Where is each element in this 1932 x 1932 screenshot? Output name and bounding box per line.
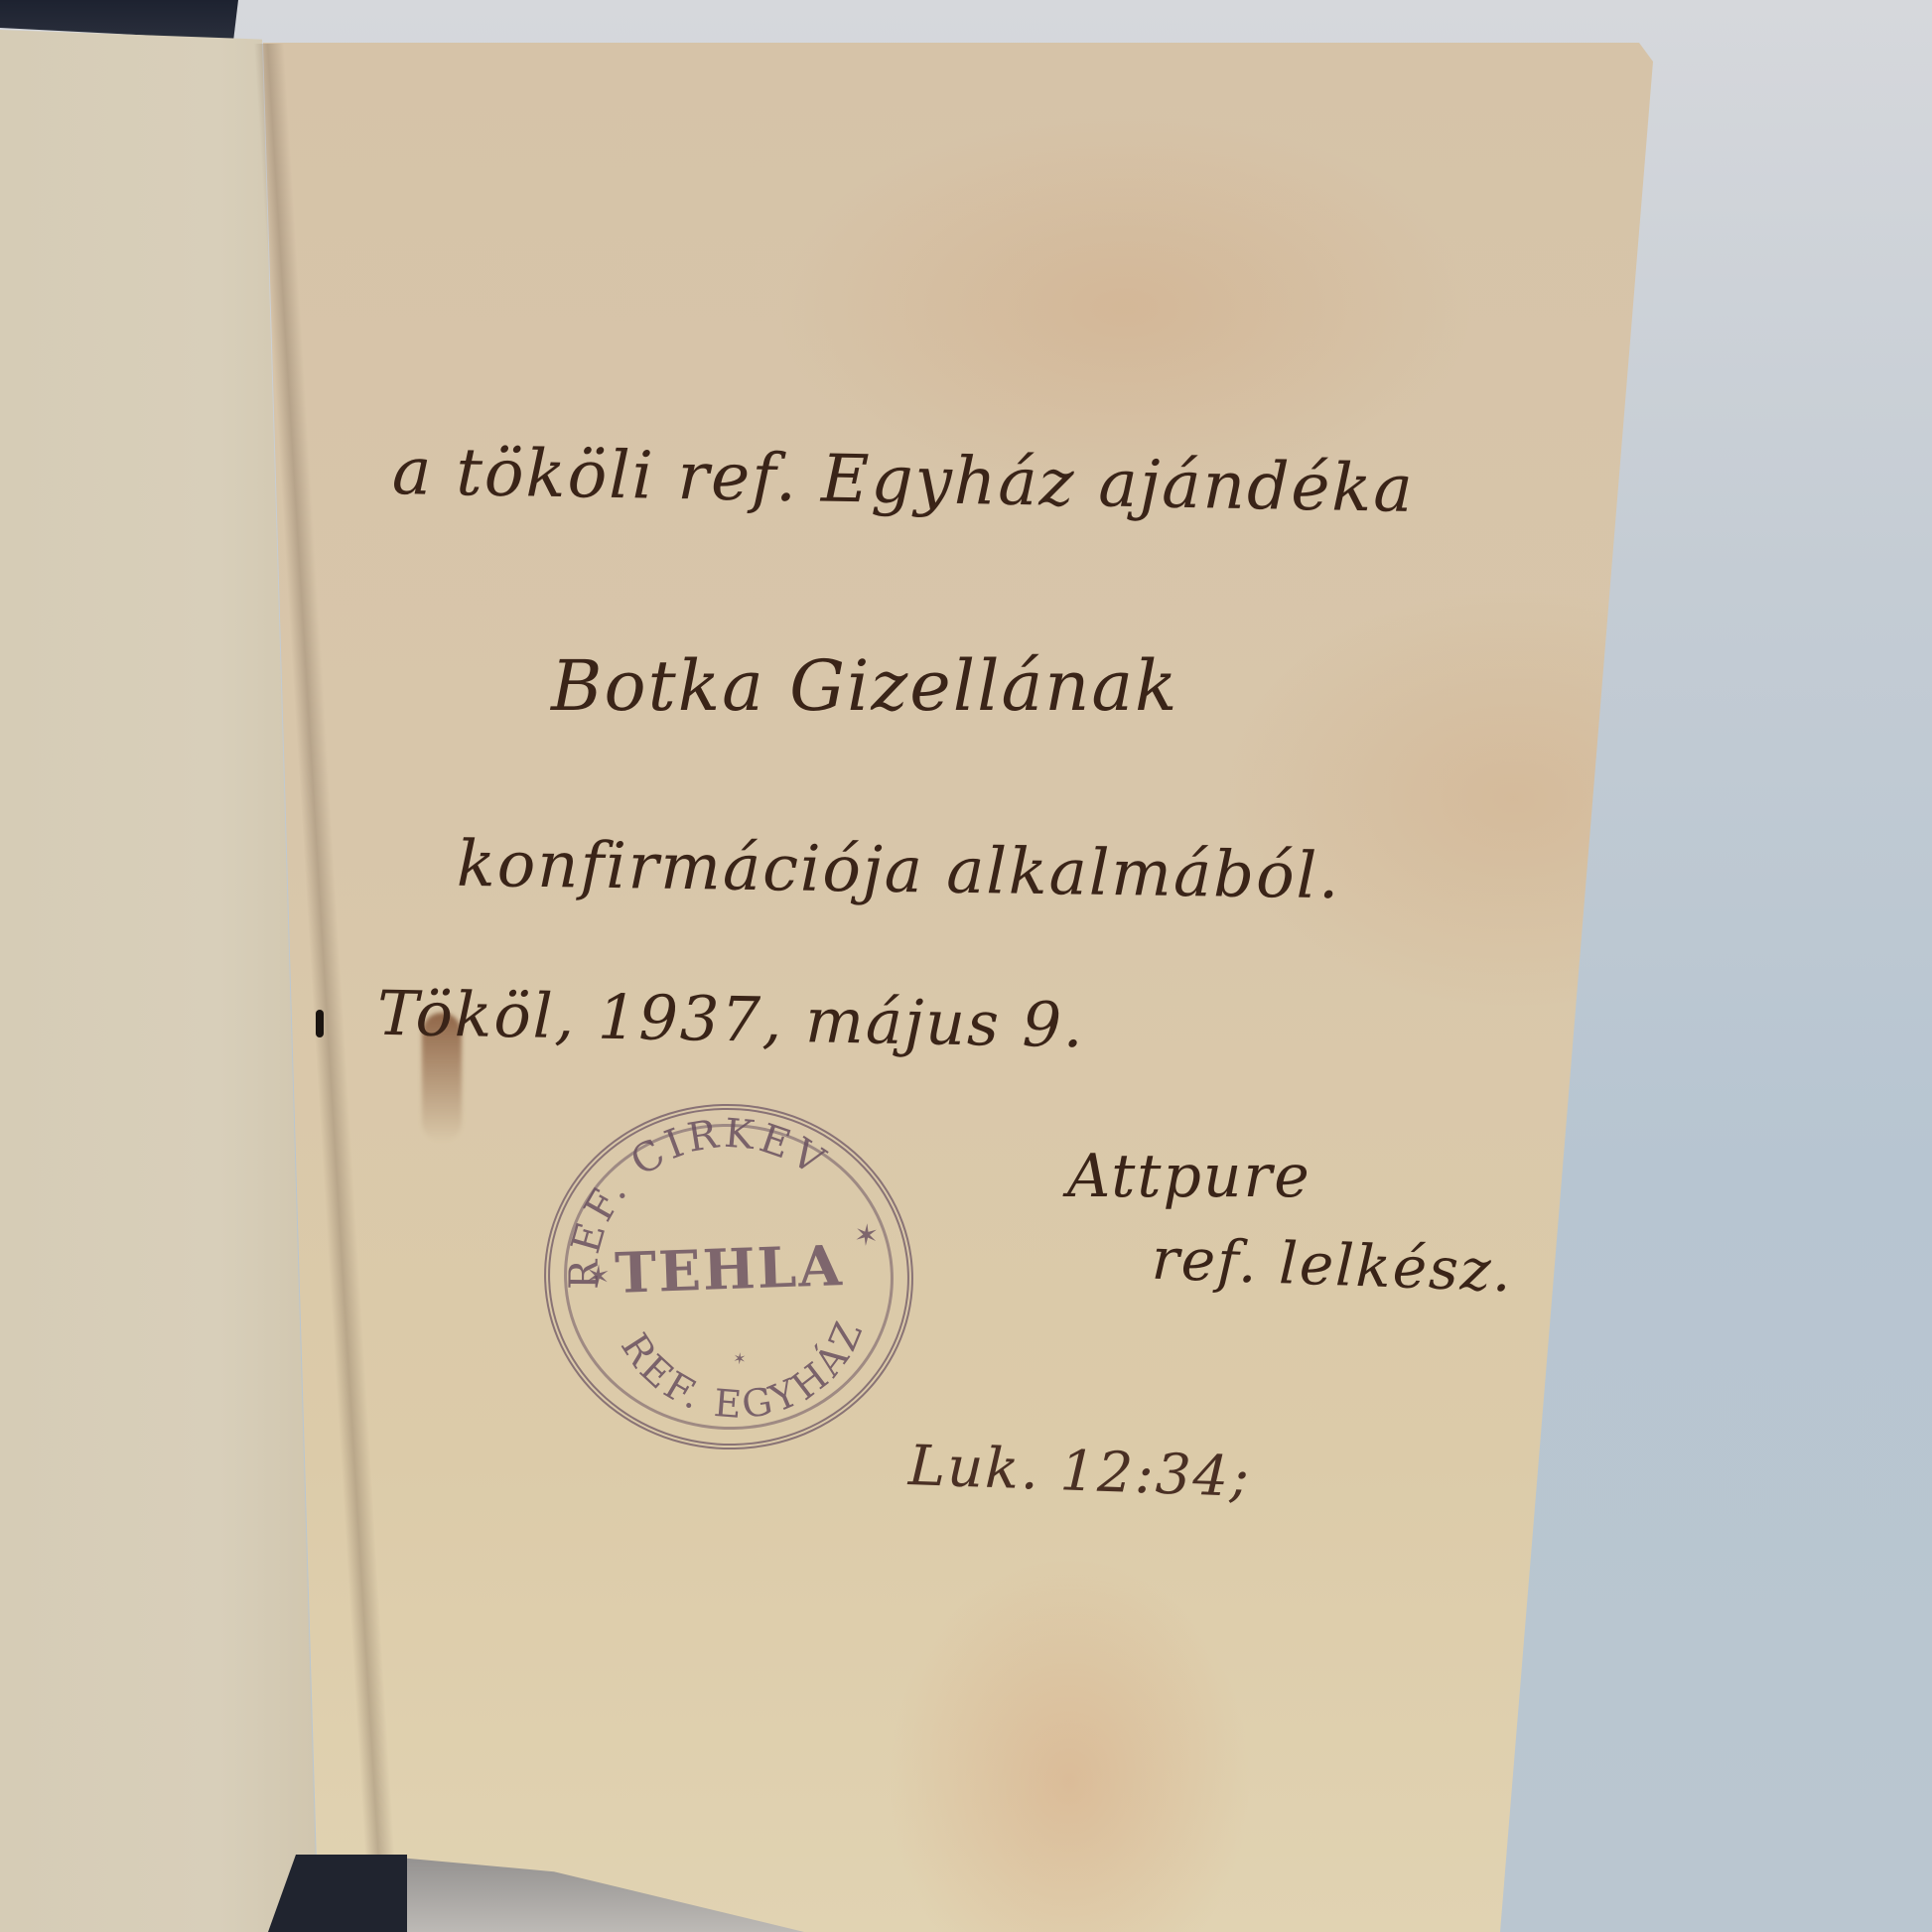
- star-icon: ✶: [733, 1349, 748, 1369]
- signature-name: Attpure: [1067, 1142, 1311, 1211]
- star-icon: ✶: [853, 1218, 881, 1255]
- binding-hole: [316, 1010, 324, 1037]
- church-stamp: REF. CIRKEV REF. EGYHÁZ TEHLA ✶ ✶ ✶: [532, 1091, 924, 1461]
- inscription-line-3: konfirmációja alkalmából.: [457, 828, 1341, 913]
- signature-title: ref. lelkész.: [1151, 1225, 1514, 1306]
- photo-scene: a tököli ref. Egyház ajándéka Botka Gize…: [0, 0, 1932, 1932]
- inscription-recipient: Botka Gizellának: [551, 645, 1178, 727]
- star-icon: ✶: [584, 1259, 612, 1296]
- bible-reference: Luk. 12:34;: [907, 1434, 1252, 1510]
- inscription-date: Tököl, 1937, május 9.: [376, 977, 1085, 1061]
